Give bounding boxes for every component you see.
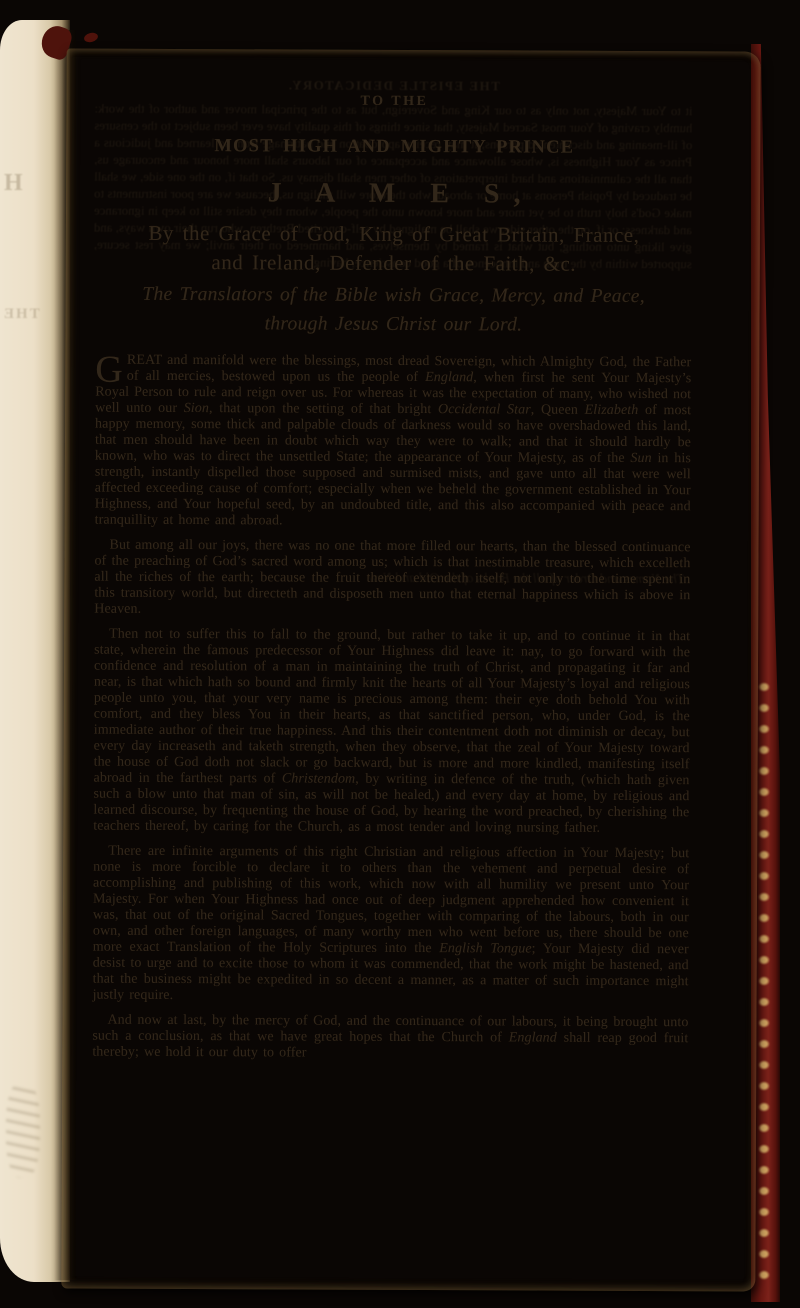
italic-run: Christendom	[282, 771, 356, 786]
bleedthrough-left-letter: H	[4, 170, 23, 197]
italic-run: England	[509, 1030, 557, 1045]
italic-run: England	[425, 370, 473, 385]
paragraph: But among all our joys, there was no one…	[94, 538, 690, 621]
text-column: TO THE MOST HIGH AND MIGHTY PRINCE J A M…	[97, 49, 693, 52]
text-run: , that upon the setting of that bright	[209, 401, 438, 417]
text-run: Then not to suffer this to fall to the g…	[93, 627, 690, 787]
royal-style-line-1: By the Grace of God, King of Great Brita…	[96, 221, 692, 249]
red-binding-top-sliver	[83, 31, 99, 43]
body-paragraphs: GREAT and manifold were the blessings, m…	[92, 353, 691, 1073]
salutation-line: TO THE	[96, 93, 692, 112]
paragraph: There are infinite arguments of this rig…	[93, 844, 690, 1007]
italic-run: Sion	[184, 401, 209, 416]
king-name-line: J A M E S,	[96, 177, 692, 212]
italic-run: Occidental Star	[438, 402, 531, 417]
paragraph: Then not to suffer this to fall to the g…	[93, 627, 690, 838]
royal-style-line-2: and Ireland, Defender of the Faith, &c.	[96, 250, 692, 278]
bleedthrough-left-word: THE	[2, 306, 40, 323]
book-page: THE EPISTLE DEDICATORY. it to Your Majes…	[61, 48, 760, 1291]
text-run: But among all our joys, there was no one…	[94, 538, 690, 617]
book-photo: H THE THE EPISTLE DEDICATORY. it to Your…	[0, 0, 800, 1308]
italic-run: Elizabeth	[585, 403, 639, 418]
text-run: There are infinite arguments of this rig…	[93, 844, 689, 956]
paragraph: And now at last, by the mercy of God, an…	[92, 1013, 688, 1064]
gilt-tooling-pattern	[756, 678, 773, 1290]
text-run: , Queen	[531, 403, 585, 418]
dedication-line-2: through Jesus Christ our Lord.	[95, 313, 691, 338]
drop-cap: G	[95, 353, 127, 385]
dedication-line-1: The Translators of the Bible wish Grace,…	[96, 284, 692, 309]
bleedthrough-left-smudge	[6, 1082, 40, 1178]
prince-title-line: MOST HIGH AND MIGHTY PRINCE	[96, 136, 692, 160]
italic-run: Sun	[630, 451, 651, 466]
italic-run: English Tongue	[439, 941, 531, 956]
paragraph: GREAT and manifold were the blessings, m…	[95, 353, 692, 532]
